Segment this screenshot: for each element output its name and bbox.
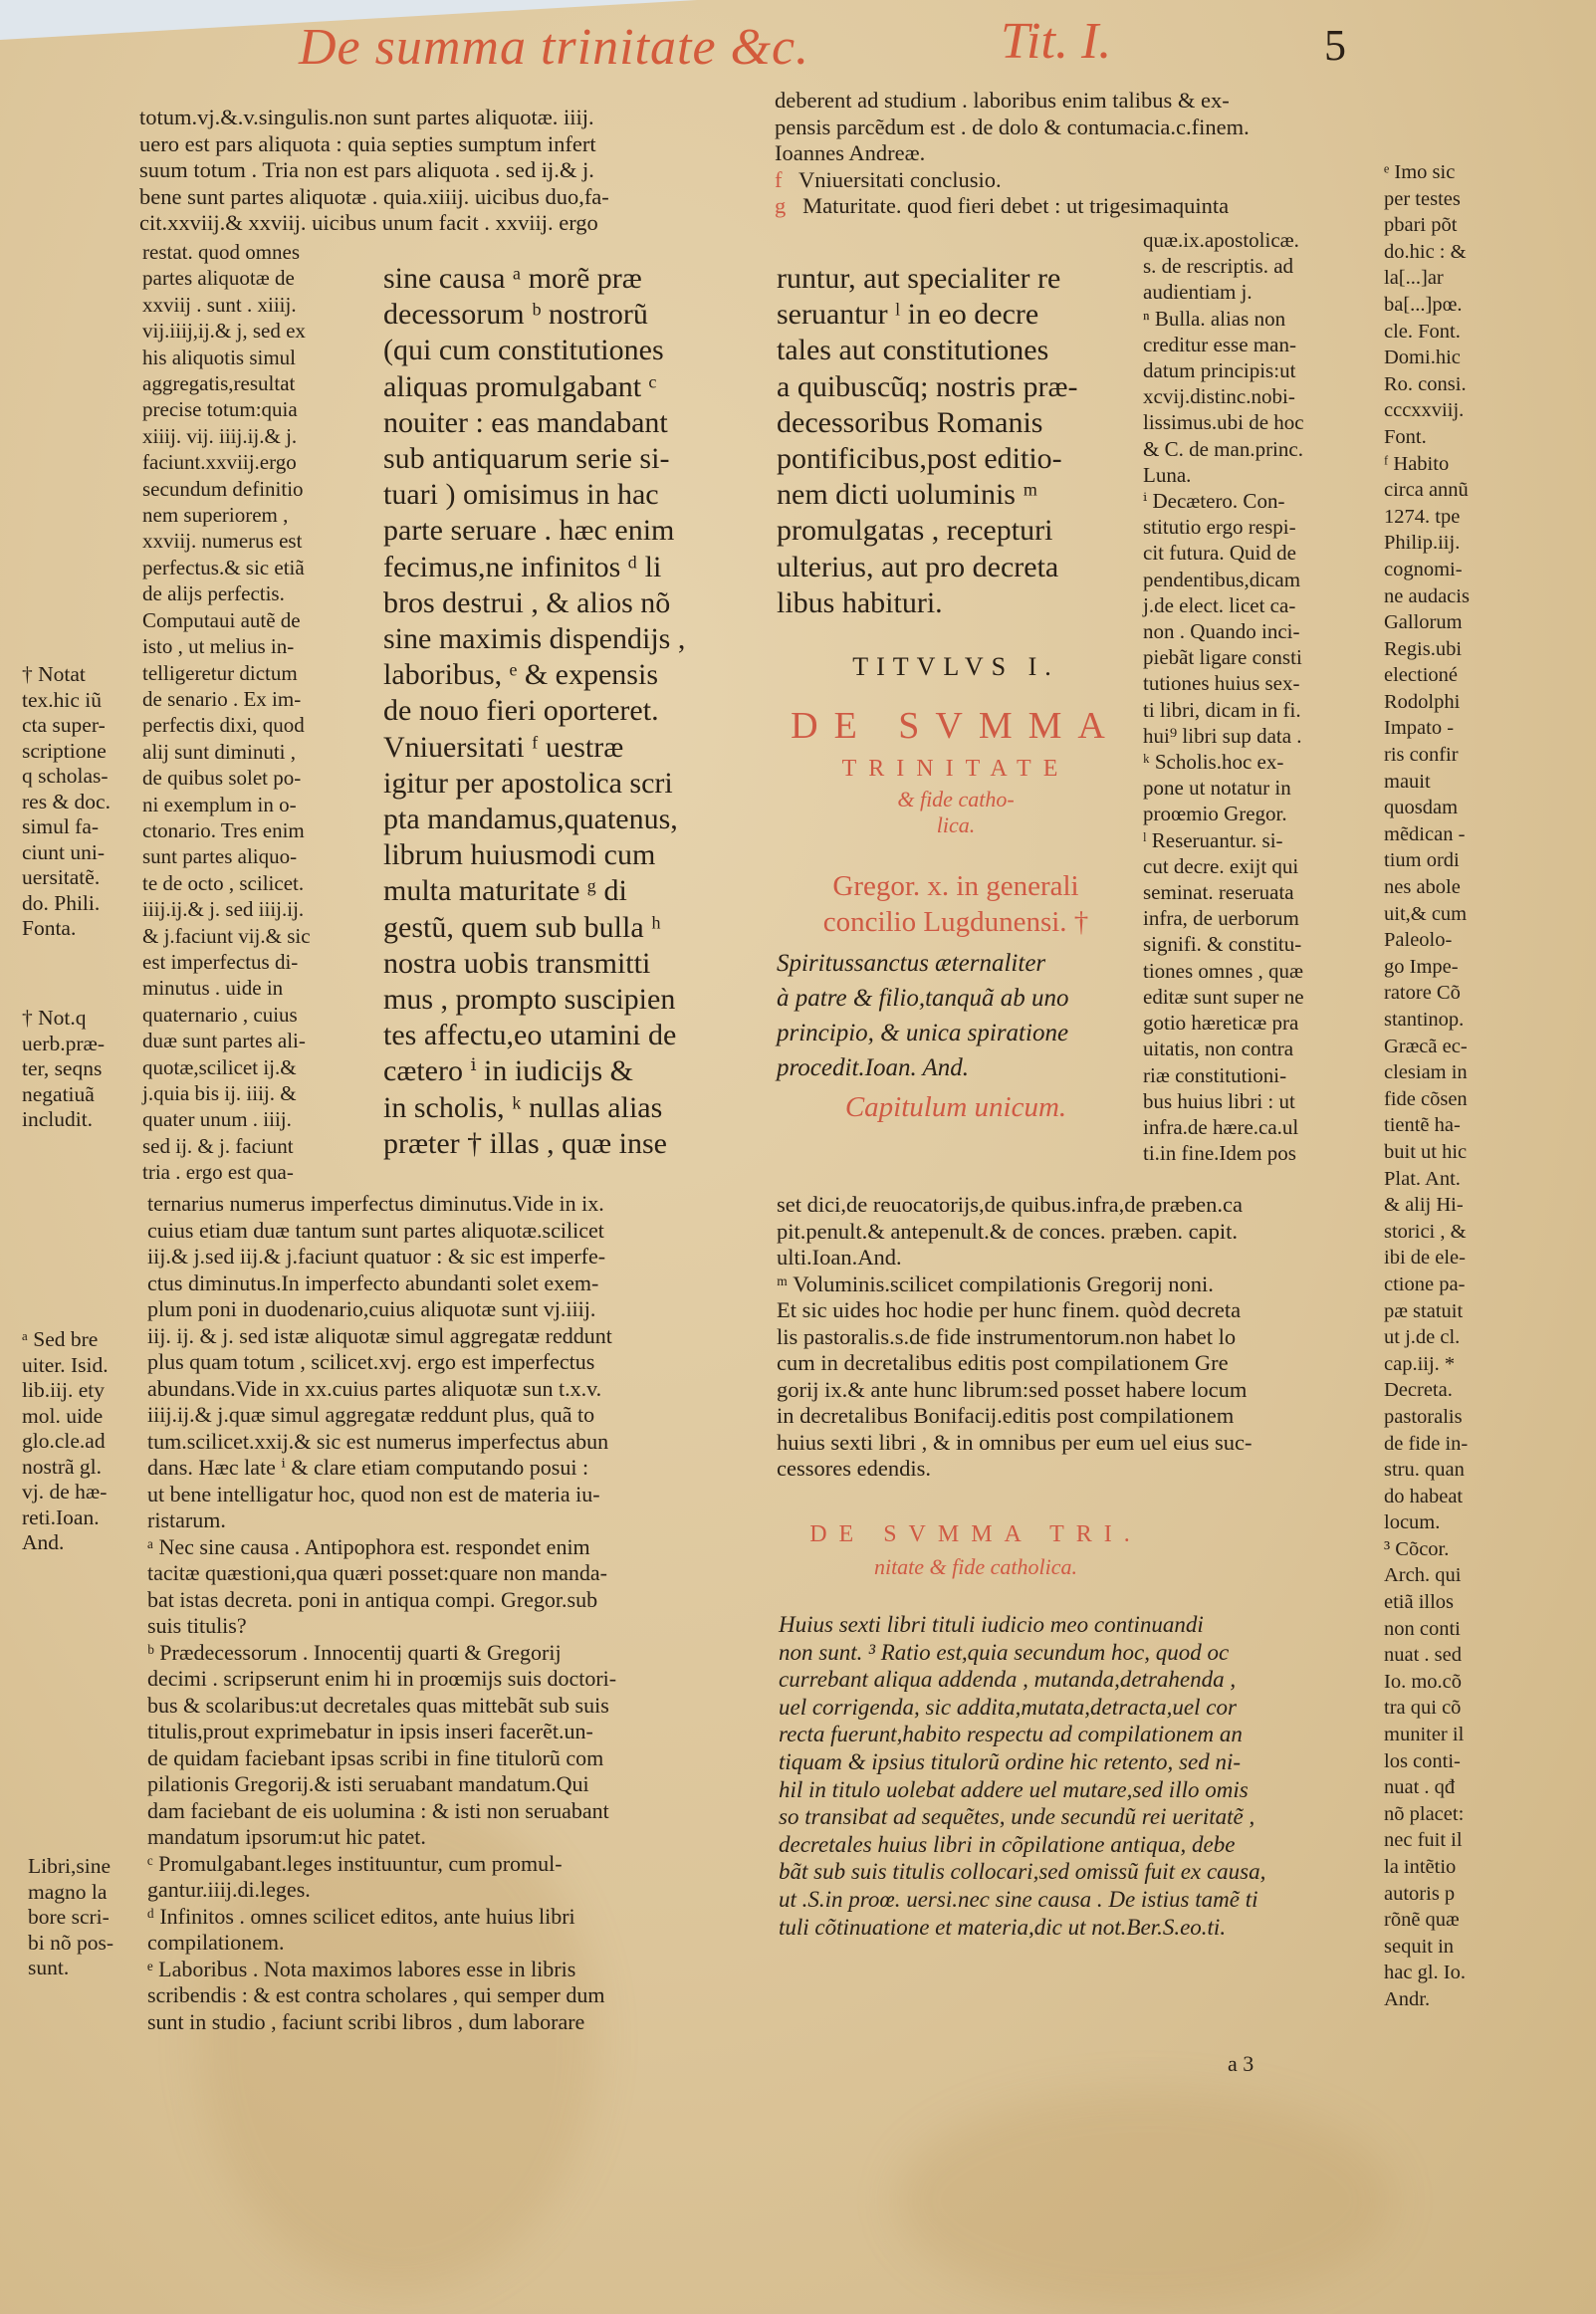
margin-line: ratore Cõ xyxy=(1384,980,1503,1007)
gloss-line: ˡ Reseruantur. si- xyxy=(1143,827,1372,853)
gloss-line: gorij ix.& ante hunc librum:sed posset h… xyxy=(777,1377,1374,1404)
gloss-line: compilationem. xyxy=(147,1930,745,1957)
gloss-line: sunt partes aliquo- xyxy=(142,843,366,869)
running-head-titulus: Tit. I. xyxy=(1001,12,1111,71)
far-right-margin: ᵉ Imo sic per testes pbari põt do.hic : … xyxy=(1384,159,1503,2013)
summary-line: Spiritussanctus æternaliter xyxy=(777,946,1135,981)
note-line: magno la xyxy=(28,1880,142,1906)
gloss-line: s. de rescriptis. ad xyxy=(1143,253,1372,279)
gloss-line: plum poni in duodenario,cuius aliquotæ s… xyxy=(147,1296,745,1323)
margin-line: autoris p xyxy=(1384,1881,1503,1908)
summary-line: procedit.Ioan. And. xyxy=(777,1050,1135,1085)
heading-de-summa: DE SVMMA xyxy=(777,704,1135,748)
margin-line: Andr. xyxy=(1384,1986,1503,2013)
heading-fide: & fide catho- xyxy=(777,787,1135,812)
text-line: seruantur ˡ in eo decre xyxy=(777,297,1135,333)
note-line: cta super- xyxy=(22,713,136,739)
gloss-line: ᶜ Promulgabant.leges instituuntur, cum p… xyxy=(147,1851,745,1878)
gloss-line: duæ sunt partes ali- xyxy=(142,1028,366,1053)
margin-line: per testes xyxy=(1384,186,1503,213)
margin-line: mẽdican - xyxy=(1384,821,1503,848)
margin-line: nec fuit il xyxy=(1384,1827,1503,1854)
text-line: pta mandamus,quatenus, xyxy=(383,802,737,837)
gloss-line: riæ constitutioni- xyxy=(1143,1062,1372,1088)
note-line: Fonta. xyxy=(22,916,136,942)
margin-line: pastoralis xyxy=(1384,1404,1503,1431)
note-line: uiter. Isid. xyxy=(22,1353,136,1379)
margin-line: muniter il xyxy=(1384,1722,1503,1748)
gloss-line: quaternario , cuius xyxy=(142,1002,366,1028)
note-line: reti.Ioan. xyxy=(22,1505,136,1531)
margin-line: Græcã ec- xyxy=(1384,1034,1503,1060)
gloss-line: pendentibus,dicam xyxy=(1143,567,1372,592)
gloss-text: Vniuersitati conclusio. xyxy=(798,167,1002,192)
gloss-line: tria . ergo est qua- xyxy=(142,1159,366,1185)
gloss-line: ulti.Ioan.And. xyxy=(777,1245,1374,1272)
text-line: tales aut constitutiones xyxy=(777,333,1135,368)
note-line: includit. xyxy=(22,1107,136,1133)
text-line: igitur per apostolica scri xyxy=(383,766,737,802)
gloss-line: tutiones huius sex- xyxy=(1143,670,1372,696)
margin-line: Gallorum xyxy=(1384,609,1503,636)
summary-commentary: Huius sexti libri tituli iudicio meo con… xyxy=(779,1611,1376,1941)
gloss-line: telligeretur dictum xyxy=(142,660,366,686)
gloss-line: Luna. xyxy=(1143,462,1372,488)
note-line: Libri,sine xyxy=(28,1854,142,1880)
note-line: bore scri- xyxy=(28,1905,142,1931)
gloss-line: infra, de uerborum xyxy=(1143,905,1372,931)
gloss-line: minutus . uide in xyxy=(142,975,366,1001)
margin-line: Decreta. xyxy=(1384,1377,1503,1404)
note-line: sunt. xyxy=(28,1956,142,1981)
margin-line: ut j.de cl. xyxy=(1384,1324,1503,1351)
paper-stain xyxy=(896,2091,1394,2310)
gloss-line: xcvij.distinc.nobi- xyxy=(1143,383,1372,409)
gloss-line: ᵏ Scholis.hoc ex- xyxy=(1143,749,1372,775)
gloss-line: dans. Hæc late ⁱ & clare etiam computand… xyxy=(147,1455,745,1482)
margin-line: ba[...]pœ. xyxy=(1384,292,1503,319)
margin-line: stru. quan xyxy=(1384,1457,1503,1484)
gloss-line: xiiij. vij. iiij.ij.& j. xyxy=(142,423,366,449)
second-heading: DE SVMMA TRI. nitate & fide catholica. xyxy=(777,1521,1175,1580)
margin-line: Io. mo.cõ xyxy=(1384,1669,1503,1696)
margin-line: Domi.hic xyxy=(1384,345,1503,371)
margin-line: hac gl. Io. xyxy=(1384,1960,1503,1986)
gloss-line: plus quam totum , scilicet.xvj. ergo est… xyxy=(147,1349,745,1376)
gloss-line: lissimus.ubi de hoc xyxy=(1143,409,1372,435)
gloss-line: pit.penult.& antepenult.& de conces. præ… xyxy=(777,1219,1374,1246)
gloss-line: datum principis:ut xyxy=(1143,357,1372,383)
note-line: ciunt uni- xyxy=(22,840,136,866)
margin-line: storici , & xyxy=(1384,1219,1503,1246)
note-line: negatiuã xyxy=(22,1082,136,1108)
gloss-line: partes aliquotæ de xyxy=(142,265,366,291)
gloss-line: ctus diminutus.In imperfecto abundanti s… xyxy=(147,1271,745,1297)
top-gloss-right: deberent ad studium . laboribus enim tal… xyxy=(775,88,1372,220)
gloss-line: huius sexti libri , & in omnibus per eum… xyxy=(777,1430,1374,1457)
gloss-line: creditur esse man- xyxy=(1143,332,1372,357)
text-line: nem dicti uoluminis ᵐ xyxy=(777,477,1135,513)
gloss-line: signifi. & constitu- xyxy=(1143,931,1372,957)
commentary-line: recta fuerunt,habito respectu ad compila… xyxy=(779,1721,1376,1748)
heading-trinitate: TRINITATE xyxy=(777,756,1135,783)
commentary-line: so transibat ad sequẽtes, unde secundũ r… xyxy=(779,1803,1376,1831)
text-line: sine maximis dispendijs , xyxy=(383,621,737,657)
margin-line: ᶠ Habito xyxy=(1384,451,1503,478)
gloss-line: uero est pars aliquota : quia septies su… xyxy=(139,131,737,158)
margin-line: 1274. tpe xyxy=(1384,504,1503,531)
commentary-line: hil in titulo uolebat addere uel mutare,… xyxy=(779,1776,1376,1804)
gloss-line: quæ.ix.apostolicæ. xyxy=(1143,227,1372,253)
gloss-line: deberent ad studium . laboribus enim tal… xyxy=(775,88,1372,115)
text-line: (qui cum constitutiones xyxy=(383,333,737,368)
text-line: librum huiusmodi cum xyxy=(383,837,737,873)
gloss-line: tum.scilicet.xxij.& sic est numerus impe… xyxy=(147,1429,745,1456)
text-line: decessorum ᵇ nostrorũ xyxy=(383,297,737,333)
gloss-line: j.de elect. licet ca- xyxy=(1143,592,1372,618)
gloss-line: sunt in studio , faciunt scribi libros ,… xyxy=(147,2009,745,2036)
gloss-line: his aliquotis simul xyxy=(142,345,366,370)
gloss-line: dam faciebant de eis uolumina : & isti n… xyxy=(147,1798,745,1825)
commentary-line: decretales huius libri in cõpilatione an… xyxy=(779,1831,1376,1859)
gloss-line: piebãt ligare consti xyxy=(1143,644,1372,670)
chapter-heading: Capitulum unicum. xyxy=(777,1091,1135,1124)
top-gloss-left: totum.vj.&.v.singulis.non sunt partes al… xyxy=(139,105,737,237)
gloss-line: precise totum:quia xyxy=(142,396,366,422)
gloss-line: ᵉ Laboribus . Nota maximos labores esse … xyxy=(147,1957,745,1983)
titulus-label: TITVLVS I. xyxy=(777,652,1135,682)
gloss-line: bat istas decreta. poni in antiqua compi… xyxy=(147,1587,745,1614)
gloss-line: hui⁹ libri sup data . xyxy=(1143,723,1372,749)
margin-line: ᵉ Imo sic xyxy=(1384,159,1503,186)
text-line: de nouo fieri oporteret. xyxy=(383,693,737,729)
commentary-line: tiquam & ipsius titulorũ ordine hic rete… xyxy=(779,1748,1376,1776)
text-line: pontificibus,post editio- xyxy=(777,441,1135,477)
gloss-line: ᵃ Nec sine causa . Antipophora est. resp… xyxy=(147,1534,745,1561)
note-line: lib.iij. ety xyxy=(22,1378,136,1404)
gloss-line: secundum definitio xyxy=(142,476,366,502)
second-heading-line-1: DE SVMMA TRI. xyxy=(777,1521,1175,1548)
text-line: runtur, aut specialiter re xyxy=(777,261,1135,297)
gloss-line: audientiam j. xyxy=(1143,279,1372,305)
text-line: laboribus, ᵉ & expensis xyxy=(383,657,737,693)
text-line: parte seruare . hæc enim xyxy=(383,513,737,549)
gloss-f: f Vniuersitati conclusio. xyxy=(775,167,1372,194)
gloss-line: est imperfectus di- xyxy=(142,949,366,975)
margin-line: la intẽtio xyxy=(1384,1854,1503,1881)
margin-line: rõnẽ quæ xyxy=(1384,1907,1503,1934)
gloss-line: restat. quod omnes xyxy=(142,239,366,265)
gloss-line: alij sunt diminuti , xyxy=(142,739,366,765)
text-line: gestũ, quem sub bulla ʰ xyxy=(383,910,737,946)
gloss-line: pilationis Gregorij.& isti seruabant man… xyxy=(147,1771,745,1798)
text-line: sub antiquarum serie si- xyxy=(383,441,737,477)
margin-line: buit ut hic xyxy=(1384,1139,1503,1166)
gloss-line: iij.& j.sed iij.& j.faciunt quatuor : & … xyxy=(147,1244,745,1271)
margin-line: nuat . qđ xyxy=(1384,1774,1503,1801)
margin-line: pæ statuit xyxy=(1384,1298,1503,1325)
gloss-line: Ioannes Andreæ. xyxy=(775,140,1372,167)
gloss-line: ⁱ Decætero. Con- xyxy=(1143,488,1372,514)
gloss-line: ti libri, dicam in fi. xyxy=(1143,697,1372,723)
source-line-2: concilio Lugdunensi. † xyxy=(777,904,1135,940)
gloss-line: Et sic uides hoc hodie per hunc finem. q… xyxy=(777,1297,1374,1324)
text-line: præter † illas , quæ inse xyxy=(383,1126,737,1162)
margin-line: & alij Hi- xyxy=(1384,1192,1503,1219)
gloss-line: ᵈ Infinitos . omnes scilicet editos, ant… xyxy=(147,1904,745,1931)
text-line: Vniuersitati ᶠ uestræ xyxy=(383,730,737,766)
gloss-line: totum.vj.&.v.singulis.non sunt partes al… xyxy=(139,105,737,131)
margin-line: non conti xyxy=(1384,1616,1503,1643)
gloss-line: te de octo , scilicet. xyxy=(142,870,366,896)
margin-line: stantinop. xyxy=(1384,1007,1503,1034)
gloss-line: quotæ,scilicet ij.& xyxy=(142,1054,366,1080)
text-line: multa maturitate ᵍ di xyxy=(383,873,737,909)
text-line: sine causa ᵃ morẽ præ xyxy=(383,261,737,297)
gloss-line: bene sunt partes aliquotæ . quia.xiiij. … xyxy=(139,184,737,211)
text-line: in scholis, ᵏ nullas alias xyxy=(383,1090,737,1126)
gloss-line: seminat. reseruata xyxy=(1143,879,1372,905)
note-line: ᵃ Sed bre xyxy=(22,1327,136,1353)
margin-line: do.hic : & xyxy=(1384,239,1503,266)
gloss-line: uitatis, non contra xyxy=(1143,1036,1372,1061)
running-head-title: De summa trinitate &c. xyxy=(299,18,809,77)
margin-note-libri: Libri,sine magno la bore scri- bi nõ pos… xyxy=(28,1854,142,1981)
text-line: ulterius, aut pro decreta xyxy=(777,550,1135,585)
text-line: decessoribus Romanis xyxy=(777,405,1135,441)
margin-line: Ro. consi. xyxy=(1384,371,1503,398)
note-line: do. Phili. xyxy=(22,891,136,917)
margin-line: fide cõsen xyxy=(1384,1086,1503,1113)
text-line: cætero ⁱ in iudicijs & xyxy=(383,1053,737,1089)
margin-line: locum. xyxy=(1384,1509,1503,1536)
margin-line: nuat . sed xyxy=(1384,1642,1503,1669)
gloss-line: de alijs perfectis. xyxy=(142,580,366,606)
margin-line: nes abole xyxy=(1384,874,1503,901)
gloss-line: ni exemplum in o- xyxy=(142,792,366,817)
gloss-line: cuius etiam duæ tantum sunt partes aliqu… xyxy=(147,1218,745,1245)
note-line: ter, seqns xyxy=(22,1056,136,1082)
gloss-line: xxviij . sunt . xiiij. xyxy=(142,292,366,318)
note-line: simul fa- xyxy=(22,814,136,840)
text-line: fecimus,ne infinitos ᵈ li xyxy=(383,550,737,585)
commentary-line: ut .S.in proœ. uersi.nec sine causa . De… xyxy=(779,1886,1376,1914)
text-line: promulgatas , recepturi xyxy=(777,513,1135,549)
margin-line: etiã illos xyxy=(1384,1589,1503,1616)
gloss-line: scribendis : & est contra scholares , qu… xyxy=(147,1982,745,2009)
note-line: glo.cle.ad xyxy=(22,1429,136,1455)
main-text-column-left: sine causa ᵃ morẽ præ decessorum ᵇ nostr… xyxy=(383,261,737,1162)
note-line: scriptione xyxy=(22,739,136,765)
margin-line: ctione pa- xyxy=(1384,1272,1503,1298)
right-lower-gloss: set dici,de reuocatorijs,de quibus.infra… xyxy=(777,1192,1374,1483)
gloss-line: ⁿ Bulla. alias non xyxy=(1143,306,1372,332)
gloss-line: & C. de man.princ. xyxy=(1143,436,1372,462)
margin-line: nõ placet: xyxy=(1384,1801,1503,1828)
gloss-line: de quibus solet po- xyxy=(142,765,366,791)
margin-line: Paleolo- xyxy=(1384,927,1503,954)
margin-line: cccxxviij. xyxy=(1384,397,1503,424)
gloss-line: ᵐ Voluminis.scilicet compilationis Grego… xyxy=(777,1272,1374,1298)
gloss-line: iiij.ij.& j. sed iiij.ij. xyxy=(142,896,366,922)
gloss-line: suis titulis? xyxy=(147,1613,745,1640)
margin-note-sed-breuiter: ᵃ Sed bre uiter. Isid. lib.iij. ety mol.… xyxy=(22,1327,136,1556)
gloss-marker: f xyxy=(775,167,783,192)
note-line: † Not.q xyxy=(22,1006,136,1032)
gloss-line: nem superiorem , xyxy=(142,502,366,528)
signature-mark: a 3 xyxy=(1228,2051,1254,2077)
gloss-line: ti.in fine.Idem pos xyxy=(1143,1140,1372,1166)
margin-line: ris confir xyxy=(1384,742,1503,769)
margin-line: pbari põt xyxy=(1384,212,1503,239)
gloss-line: ternarius numerus imperfectus diminutus.… xyxy=(147,1191,745,1218)
text-line: bros destrui , & alios nõ xyxy=(383,585,737,621)
gloss-line: cit futura. Quid de xyxy=(1143,540,1372,566)
mid-gloss-column: quæ.ix.apostolicæ. s. de rescriptis. ad … xyxy=(1143,227,1372,1166)
text-line: aliquas promulgabant ᶜ xyxy=(383,369,737,405)
margin-line: clesiam in xyxy=(1384,1059,1503,1086)
commentary-line: tuli cõtinuatione et materia,dic ut not.… xyxy=(779,1914,1376,1942)
text-line: mus , prompto suscipien xyxy=(383,982,737,1018)
margin-line: tium ordi xyxy=(1384,847,1503,874)
lower-left-gloss: ternarius numerus imperfectus diminutus.… xyxy=(147,1191,745,2035)
note-line: And. xyxy=(22,1530,136,1556)
note-line: bi nõ pos- xyxy=(28,1931,142,1957)
gloss-line: ᵇ Prædecessorum . Innocentij quarti & Gr… xyxy=(147,1640,745,1667)
gloss-line: iiij.ij.& j.quæ simul aggregatæ reddunt … xyxy=(147,1402,745,1429)
summary-line: à patre & filio,tanquã ab uno xyxy=(777,981,1135,1016)
note-line: nostrã gl. xyxy=(22,1455,136,1481)
gloss-g: g Maturitate. quod fieri debet : ut trig… xyxy=(775,193,1372,220)
summary-line: principio, & unica spiratione xyxy=(777,1016,1135,1050)
gloss-line: cit.xxviij.& xxviij. uicibus unum facit … xyxy=(139,210,737,237)
left-gloss-column: restat. quod omnes partes aliquotæ de xx… xyxy=(142,239,366,1186)
gloss-line: proœmio Gregor. xyxy=(1143,801,1372,826)
main-text-column-right: runtur, aut specialiter re seruantur ˡ i… xyxy=(777,261,1135,621)
text-line: nostra uobis transmitti xyxy=(383,946,737,982)
gloss-line: quater unum . iiij. xyxy=(142,1106,366,1132)
margin-line: cle. Font. xyxy=(1384,319,1503,346)
gloss-line: ut bene intelligatur hoc, quod non est d… xyxy=(147,1482,745,1508)
gloss-line: faciunt.xxviij.ergo xyxy=(142,449,366,475)
gloss-line: titulis,prout exprimebatur in ipsis inse… xyxy=(147,1719,745,1745)
gloss-line: cum in decretalibus editis post compilat… xyxy=(777,1350,1374,1377)
margin-line: Philip.iij. xyxy=(1384,530,1503,557)
margin-line: la[...]ar xyxy=(1384,265,1503,292)
margin-line: Regis.ubi xyxy=(1384,636,1503,663)
margin-line: do habeat xyxy=(1384,1484,1503,1510)
gloss-line: non . Quando inci- xyxy=(1143,618,1372,644)
gloss-line: pensis parcẽdum est . de dolo & contumac… xyxy=(775,115,1372,141)
margin-line: ne audacis xyxy=(1384,583,1503,610)
gloss-line: perfectis dixi, quod xyxy=(142,712,366,738)
gloss-line: suum totum . Tria non est pars aliquota … xyxy=(139,157,737,184)
gloss-line: abundans.Vide in xx.cuius partes aliquot… xyxy=(147,1376,745,1403)
margin-line: tra qui cõ xyxy=(1384,1695,1503,1722)
note-line: vj. de hæ- xyxy=(22,1480,136,1505)
note-line: † Notat xyxy=(22,662,136,688)
gloss-line: Computaui autẽ de xyxy=(142,607,366,633)
gloss-text: Maturitate. quod fieri debet : ut triges… xyxy=(802,193,1229,218)
text-line: tes affectu,eo utamini de xyxy=(383,1018,737,1053)
gloss-line: perfectus.& sic etiã xyxy=(142,555,366,580)
note-line: res & doc. xyxy=(22,790,136,815)
margin-line: cap.iij. * xyxy=(1384,1351,1503,1378)
note-line: uersitatẽ. xyxy=(22,865,136,891)
note-line: uerb.præ- xyxy=(22,1032,136,1057)
commentary-line: non sunt. ³ Ratio est,quia secundum hoc,… xyxy=(779,1639,1376,1667)
margin-line: sequit in xyxy=(1384,1934,1503,1961)
margin-line: mauit xyxy=(1384,769,1503,796)
margin-line: uit,& cum xyxy=(1384,901,1503,928)
titulus-block: TITVLVS I. DE SVMMA TRINITATE & fide cat… xyxy=(777,652,1135,1124)
gloss-line: ristarum. xyxy=(147,1507,745,1534)
text-line: tuari ) omisimus in hac xyxy=(383,477,737,513)
margin-line: Impato - xyxy=(1384,715,1503,742)
commentary-line: Huius sexti libri tituli iudicio meo con… xyxy=(779,1611,1376,1639)
gloss-line: decimi . scripserunt enim hi in proœmijs… xyxy=(147,1666,745,1693)
gloss-line: de quidam faciebant ipsas scribi in fine… xyxy=(147,1745,745,1772)
gloss-line: bus & scolaribus:ut decretales quas mitt… xyxy=(147,1693,745,1720)
second-heading-line-2: nitate & fide catholica. xyxy=(777,1554,1175,1580)
margin-line: circa annũ xyxy=(1384,477,1503,504)
gloss-line: cessores edendis. xyxy=(777,1456,1374,1483)
margin-line: quosdam xyxy=(1384,795,1503,821)
commentary-line: bãt sub suis titulis collocari,sed omiss… xyxy=(779,1858,1376,1886)
gloss-line: pone ut notatur in xyxy=(1143,775,1372,801)
margin-note-notat: † Notat tex.hic iũ cta super- scriptione… xyxy=(22,662,136,942)
gloss-line: & j.faciunt vij.& sic xyxy=(142,923,366,949)
commentary-line: currebant aliqua addenda , mutanda,detra… xyxy=(779,1666,1376,1694)
gloss-line: infra.de hære.ca.ul xyxy=(1143,1114,1372,1140)
margin-line: Plat. Ant. xyxy=(1384,1166,1503,1193)
gloss-line: lis pastoralis.s.de fide instrumentorum.… xyxy=(777,1324,1374,1351)
gloss-line: de senario . Ex im- xyxy=(142,686,366,712)
margin-line: go Impe- xyxy=(1384,954,1503,981)
heading-catholica: lica. xyxy=(777,812,1135,838)
margin-line: electioné xyxy=(1384,662,1503,689)
gloss-line: xxviij. numerus est xyxy=(142,528,366,554)
gloss-line: gotio hæreticæ pra xyxy=(1143,1010,1372,1036)
gloss-line: sed ij. & j. faciunt xyxy=(142,1133,366,1159)
margin-line: cognomi- xyxy=(1384,557,1503,583)
gloss-line: iij. ij. & j. sed istæ aliquotæ simul ag… xyxy=(147,1323,745,1350)
gloss-line: aggregatis,resultat xyxy=(142,370,366,396)
gloss-line: mandatum ipsorum:ut hic patet. xyxy=(147,1824,745,1851)
gloss-line: ctonario. Tres enim xyxy=(142,817,366,843)
margin-line: Rodolphi xyxy=(1384,689,1503,716)
gloss-line: j.quia bis ij. iiij. & xyxy=(142,1080,366,1106)
text-line: nouiter : eas mandabant xyxy=(383,405,737,441)
gloss-line: stitutio ergo respi- xyxy=(1143,514,1372,540)
text-line: libus habituri. xyxy=(777,585,1135,621)
gloss-line: isto , ut melius in- xyxy=(142,633,366,659)
gloss-marker: g xyxy=(775,193,786,218)
note-line: q scholas- xyxy=(22,764,136,790)
margin-line: ³ Cõcor. xyxy=(1384,1536,1503,1563)
gloss-line: tiones omnes , quæ xyxy=(1143,958,1372,984)
margin-line: Arch. qui xyxy=(1384,1562,1503,1589)
gloss-line: gantur.iiij.di.leges. xyxy=(147,1877,745,1904)
margin-note-not-q: † Not.q uerb.præ- ter, seqns negatiuã in… xyxy=(22,1006,136,1133)
source-line-1: Gregor. x. in generali xyxy=(777,868,1135,904)
gloss-line: tacitæ quæstioni,qua quæri posset:quare … xyxy=(147,1560,745,1587)
gloss-line: in decretalibus Bonifacij.editis post co… xyxy=(777,1403,1374,1430)
chapter-summary: Spiritussanctus æternaliter à patre & fi… xyxy=(777,946,1135,1085)
gloss-line: editæ sunt super ne xyxy=(1143,984,1372,1010)
folio-number: 5 xyxy=(1324,20,1346,71)
margin-line: los conti- xyxy=(1384,1748,1503,1775)
